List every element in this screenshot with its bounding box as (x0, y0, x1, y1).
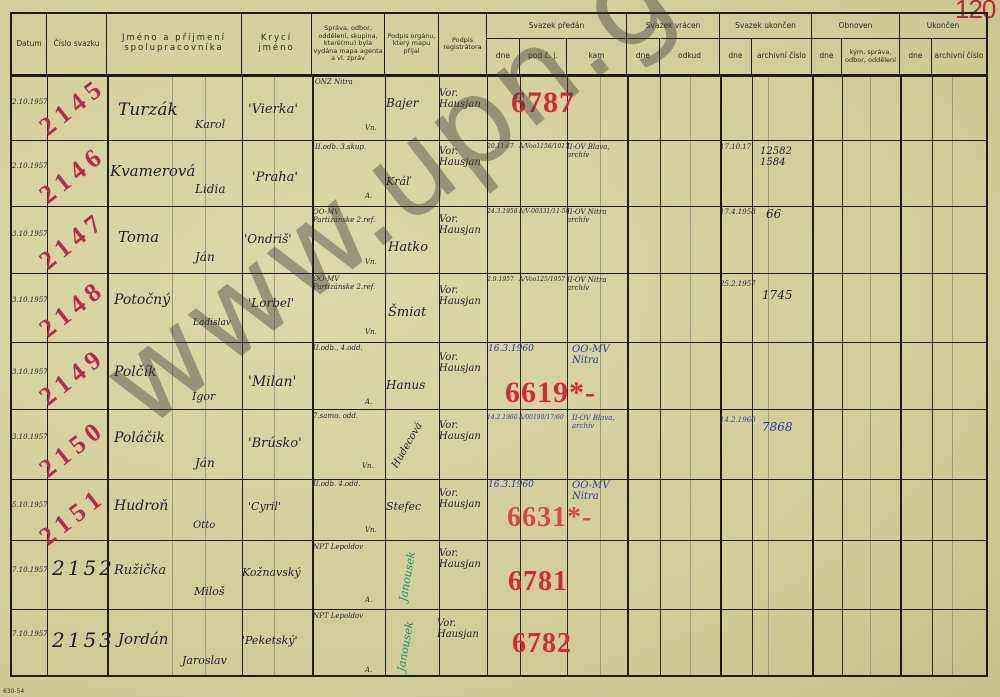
header-sprava: Správa, odbor, oddělení, skupina, které(… (312, 14, 385, 75)
codename-cell: 'Lorbel' (248, 296, 294, 310)
registrar-signature: Vor. Hausjan (437, 618, 482, 640)
department-sign: Vn. (365, 526, 377, 534)
firstname-cell: Lidia (195, 182, 225, 196)
department-cell: II.odb. 3.skup. (315, 143, 366, 151)
archive-stamp: 6782 (512, 628, 572, 660)
codename-cell: 'Vierka' (248, 102, 298, 117)
firstname-cell: Ján (195, 250, 215, 264)
firstname-cell: Karol (195, 118, 225, 131)
department-cell: NPT Lepoldov (313, 612, 363, 620)
surname-cell: Turzák (118, 100, 178, 120)
header-ukoncen2-dne: dne (900, 39, 932, 75)
handed-ref: A/Voo1156/1017 (519, 143, 569, 150)
header-datum: Datum (12, 14, 47, 75)
date-cell: 5.10.1957 (12, 501, 48, 509)
registrar-signature: Vor. Hausjan (439, 214, 484, 236)
codename-cell: 'Peketský' (242, 634, 298, 647)
department-cell: OO-MV Partizánske 2.ref. (313, 208, 381, 224)
header-podpis-organu: Podpis orgánu, který mapu přijal (385, 14, 439, 75)
firstname-cell: Igor (192, 390, 215, 403)
department-sign: A. (365, 398, 372, 406)
codename-cell: 'Praha' (252, 170, 298, 185)
handed-date: 24.3.1958 (487, 208, 518, 215)
registrar-signature: Vor. Hausjan (439, 548, 484, 570)
firstname-cell: Otto (193, 520, 215, 531)
handed-where: II-OV Blava, archív (567, 143, 623, 159)
surname-cell: Ružička (114, 563, 166, 578)
archive-stamp: 6781 (508, 566, 568, 598)
date-cell: 2.10.1957 (12, 162, 48, 170)
surname-cell: Hudroň (114, 498, 168, 514)
date-cell: 7.10.1957 (12, 630, 48, 638)
header-ukoncen-archivni: archivní číslo (752, 39, 812, 75)
firstname-cell: Miloš (194, 585, 225, 598)
handed-ref: A/00190/17/60 (519, 414, 564, 421)
header-cislo-svazku: Číslo svazku (47, 14, 107, 75)
handed-date: 16.3.1960 (488, 480, 518, 490)
closed-date: 17.10.17 (720, 143, 751, 151)
archive-number: 12582 1584 (760, 146, 795, 168)
date-cell: 2.10.1957 (12, 98, 48, 106)
codename-cell: 'Brúsko' (248, 436, 302, 451)
closed-date: 25.2.1957 (720, 280, 756, 288)
department-cell: II.odb. 4.odd. (313, 480, 360, 488)
handed-date: 2.9.1957 (487, 276, 514, 283)
handed-date: 20.11.67 (487, 143, 514, 150)
header-ukoncen-dne: dne (720, 39, 752, 75)
department-cell: OO-MV Partizánske 2.ref. (313, 275, 381, 291)
archive-number: 1745 (762, 288, 793, 302)
codename-cell: 'Milan' (248, 374, 296, 390)
date-cell: 3.10.1957 (12, 230, 48, 238)
codename-cell: 'Ondriš' (244, 232, 292, 246)
closed-date: 17.4.1958 (720, 208, 756, 216)
date-cell: 3.10.1957 (12, 296, 48, 304)
header-kryci-jmeno: Krycí jméno (242, 14, 312, 75)
archive-number: 7868 (762, 420, 793, 434)
registrar-signature: Vor. Hausjan (439, 285, 484, 307)
header-svazek-ukoncen: Svazek ukončen (720, 14, 812, 39)
department-sign: Vn. (362, 462, 374, 470)
organ-signature: Stefec (386, 500, 421, 513)
surname-cell: Jordán (118, 630, 168, 648)
department-sign: Vn. (365, 328, 377, 336)
firstname-cell: Ladislav (193, 318, 231, 328)
date-cell: 7.10.1957 (12, 566, 48, 574)
header-podpis-registratora: Podpis registrátora (439, 14, 487, 75)
handed-where: OO-MV Nitra (572, 344, 622, 366)
form-code: 630-54 (3, 688, 24, 695)
archive-number: 66 (766, 207, 781, 221)
surname-cell: Potočný (114, 292, 170, 308)
department-sign: Vn. (365, 124, 377, 132)
date-cell: 3.10.1957 (12, 368, 48, 376)
registrar-signature: Vor. Hausjan (439, 488, 484, 510)
surname-cell: Poláčik (114, 430, 165, 446)
organ-signature: Kráľ (386, 175, 410, 188)
header-ukoncen2-archivni: archivní číslo (932, 39, 986, 75)
department-cell: NPT Lepoldov (313, 543, 363, 551)
archive-stamp: 6787 (511, 86, 575, 120)
firstname-cell: Ján (195, 456, 215, 470)
department-cell: II.odb., 4.odd. (313, 344, 363, 352)
firstname-cell: Jaroslav (182, 654, 227, 667)
department-sign: A. (365, 666, 372, 674)
codename-cell: 'Cyril' (248, 500, 281, 513)
volume-number: 2152 (52, 556, 115, 580)
handed-date: 16.3.1960 (488, 344, 518, 354)
registrar-signature: Vor. Hausjan (439, 420, 484, 442)
department-sign: A. (365, 192, 372, 200)
volume-number: 2153 (52, 628, 115, 652)
handed-date: 14.2.1960 (487, 414, 518, 421)
department-cell: ONZ Nitra (315, 78, 353, 86)
header-vracen-dne: dne (627, 39, 660, 75)
surname-cell: Polčík (114, 364, 157, 380)
registrar-signature: Vor. Hausjan (439, 88, 484, 110)
archive-stamp: 6631*- (507, 502, 592, 534)
header-predan-kam: kam (567, 39, 627, 75)
header-obnoven-kym: kým, správa, odbor, oddělení (842, 39, 900, 75)
department-cell: 7.samo. odd. (313, 412, 358, 420)
department-sign: Vn. (365, 258, 377, 266)
organ-signature: Hatko (388, 240, 428, 255)
header-ukoncen2: Ukončen (900, 14, 986, 39)
handed-where: II-OV Nitra archív (567, 208, 623, 224)
header-svazek-vracen: Svazek vrácen (627, 14, 720, 39)
handed-where: II-OV Blava, archív (572, 414, 624, 430)
organ-signature: Šmiat (388, 305, 426, 320)
header-obnoven: Obnoven (812, 14, 900, 39)
header-vracen-odkud: odkud (660, 39, 720, 75)
organ-signature: Hanus (386, 378, 425, 392)
header-predan-dne: dne (487, 39, 520, 75)
registrar-signature: Vor. Hausjan (439, 146, 484, 168)
archive-stamp: 6619*- (505, 376, 596, 410)
codename-cell: Kožnavský (242, 566, 301, 579)
organ-signature: Bajer (386, 96, 419, 110)
registrar-signature: Vor. Hausjan (439, 352, 484, 374)
surname-cell: Toma (118, 228, 159, 246)
handed-ref: A/V-00331/11-58 (519, 208, 570, 215)
handed-ref: A/Voo125/1957 (519, 276, 565, 283)
header-predan-pod-cj: pod č. j. (520, 39, 567, 75)
closed-date: 14.2.1960 (720, 416, 756, 424)
date-cell: 3.10.1957 (12, 433, 48, 441)
header-svazek-predan: Svazek předán (487, 14, 627, 39)
header-jmeno: Jméno a příjmení spolupracovníka (107, 14, 242, 75)
department-sign: A. (365, 596, 372, 604)
handed-where: II-OV Nitra archív (567, 276, 623, 292)
surname-cell: Kvamerová (110, 162, 195, 180)
handed-where: OO-MV Nitra (572, 480, 622, 502)
header-obnoven-dne: dne (812, 39, 842, 75)
